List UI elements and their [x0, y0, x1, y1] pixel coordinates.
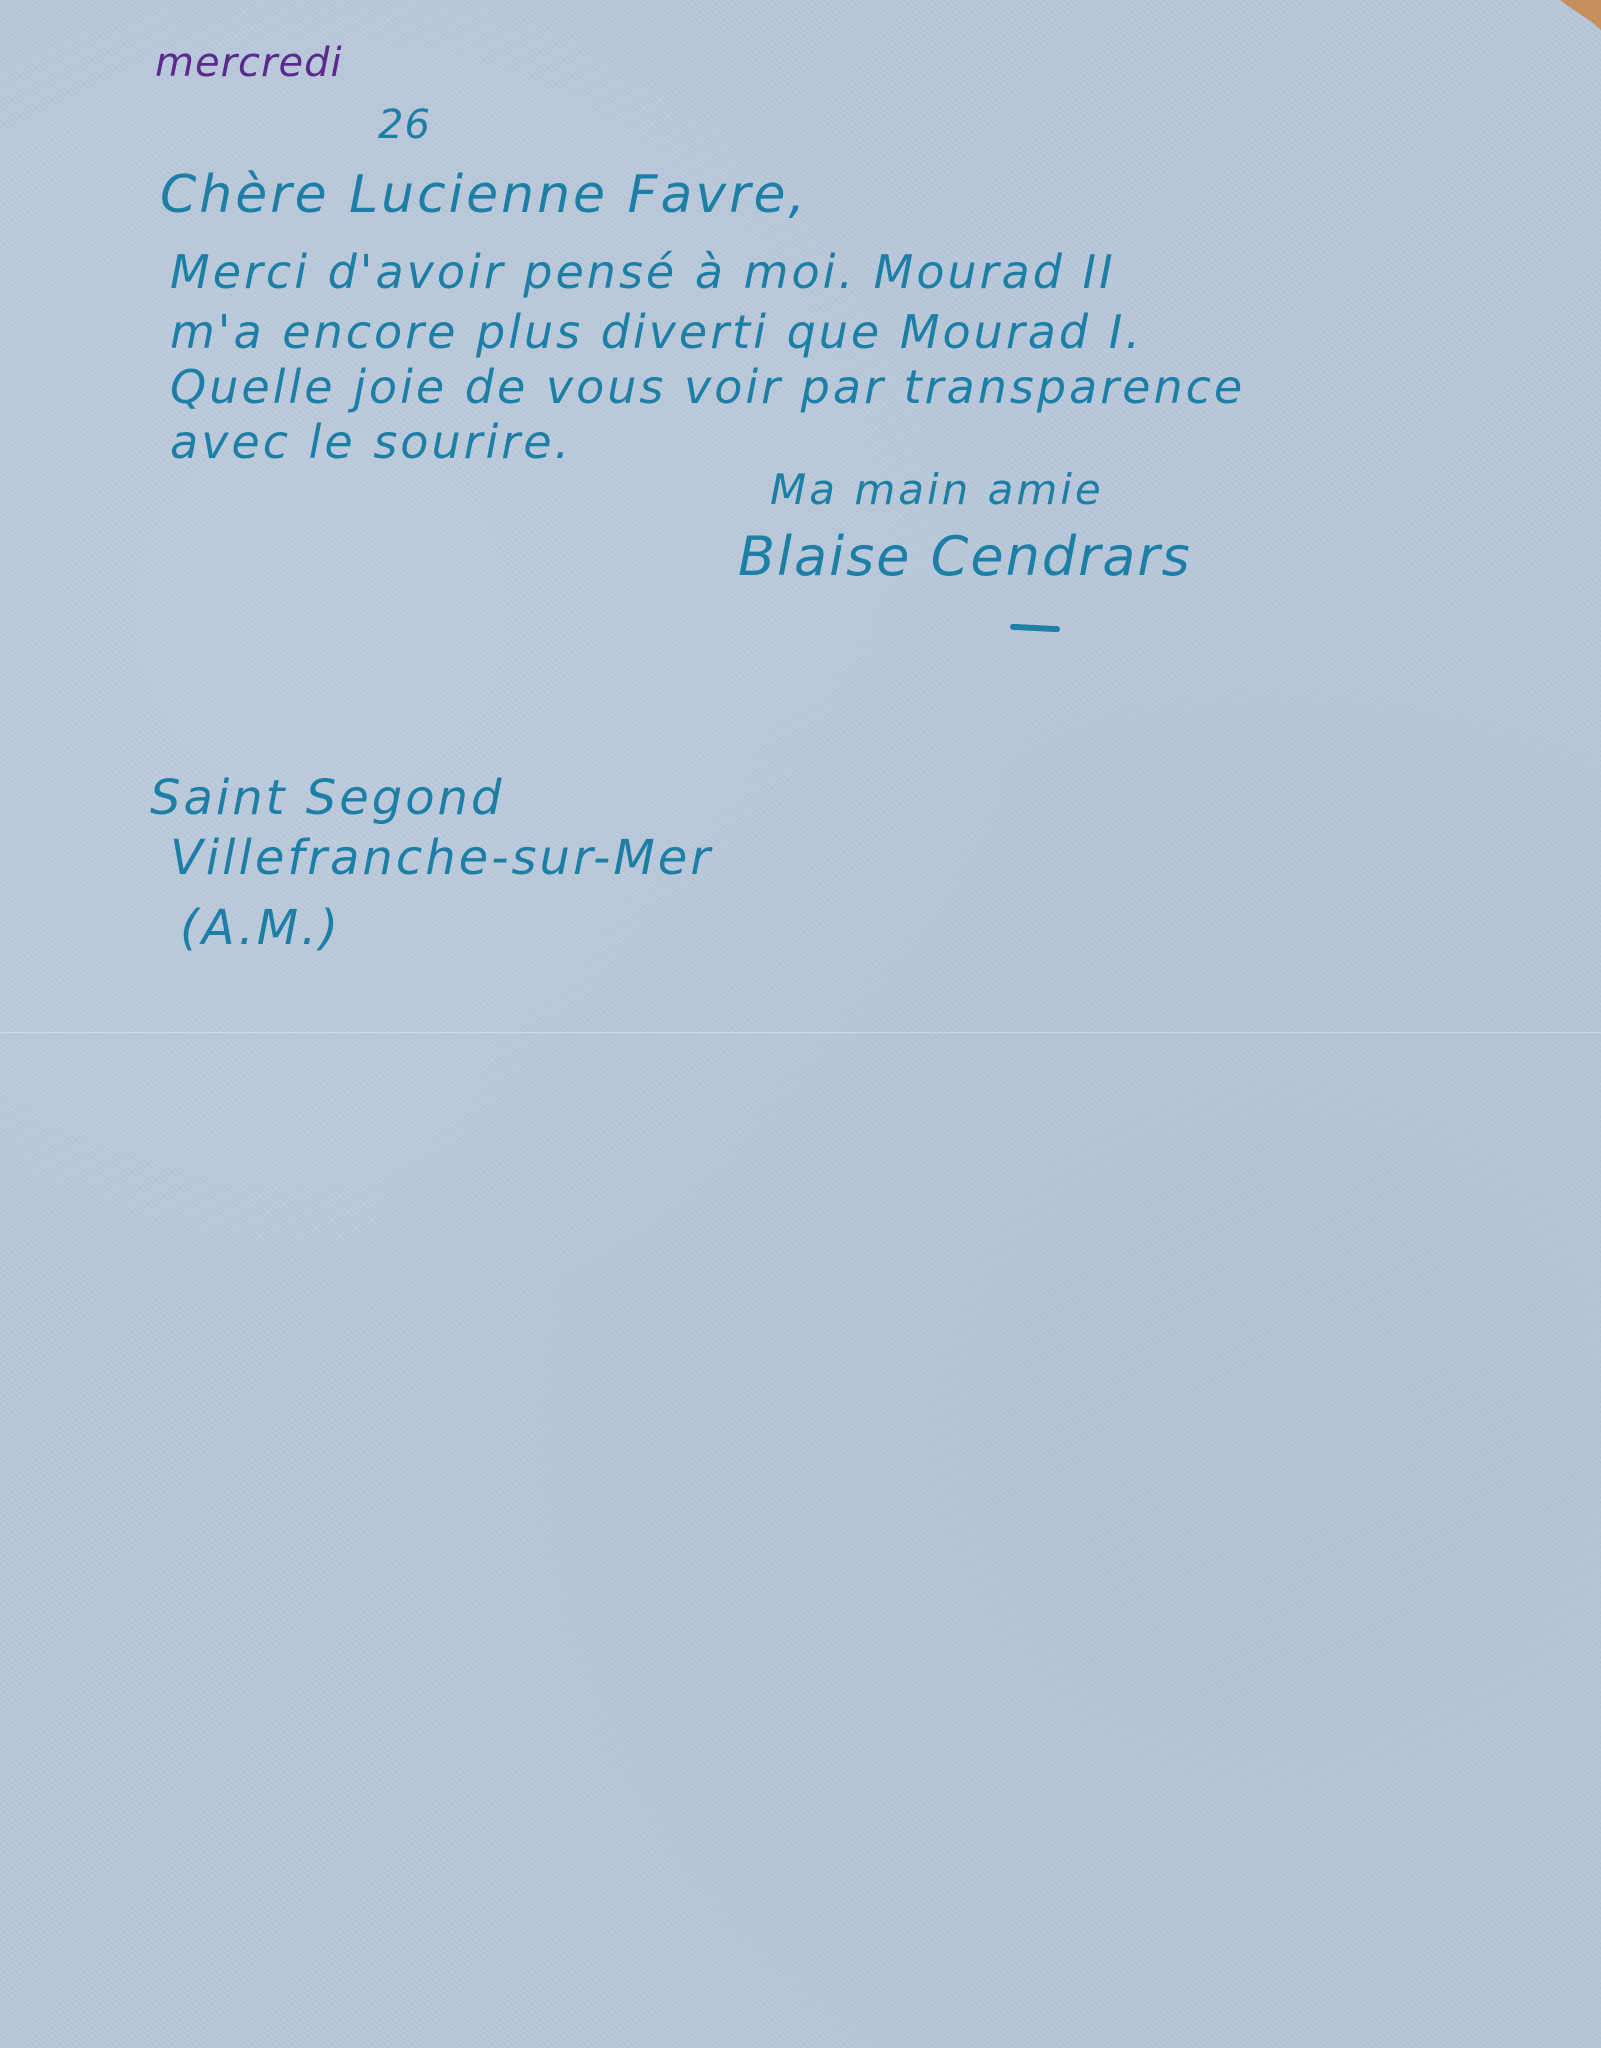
paper-fold-line [0, 1032, 1601, 1035]
address-line: Saint Segond [150, 770, 504, 826]
letter-signature: Blaise Cendrars [738, 525, 1192, 588]
letter-date: 26 [378, 102, 431, 148]
address-line: Villefranche-sur-Mer [170, 830, 713, 886]
letter-body-line: Quelle joie de vous voir par transparenc… [170, 360, 1245, 414]
letter-body-line: m'a encore plus diverti que Mourad I. [170, 305, 1143, 359]
letter-body-line: Merci d'avoir pensé à moi. Mourad II [170, 245, 1116, 299]
letter-closing: Ma main amie [770, 465, 1104, 514]
address-line: (A.M.) [180, 900, 341, 956]
signature-dash [1010, 624, 1060, 633]
letter-sheet: mercredi 26 Chère Lucienne Favre, Merci … [0, 0, 1601, 2048]
letter-salutation: Chère Lucienne Favre, [160, 165, 808, 225]
letter-body-line: avec le sourire. [170, 415, 572, 469]
letter-day: mercredi [155, 40, 343, 86]
